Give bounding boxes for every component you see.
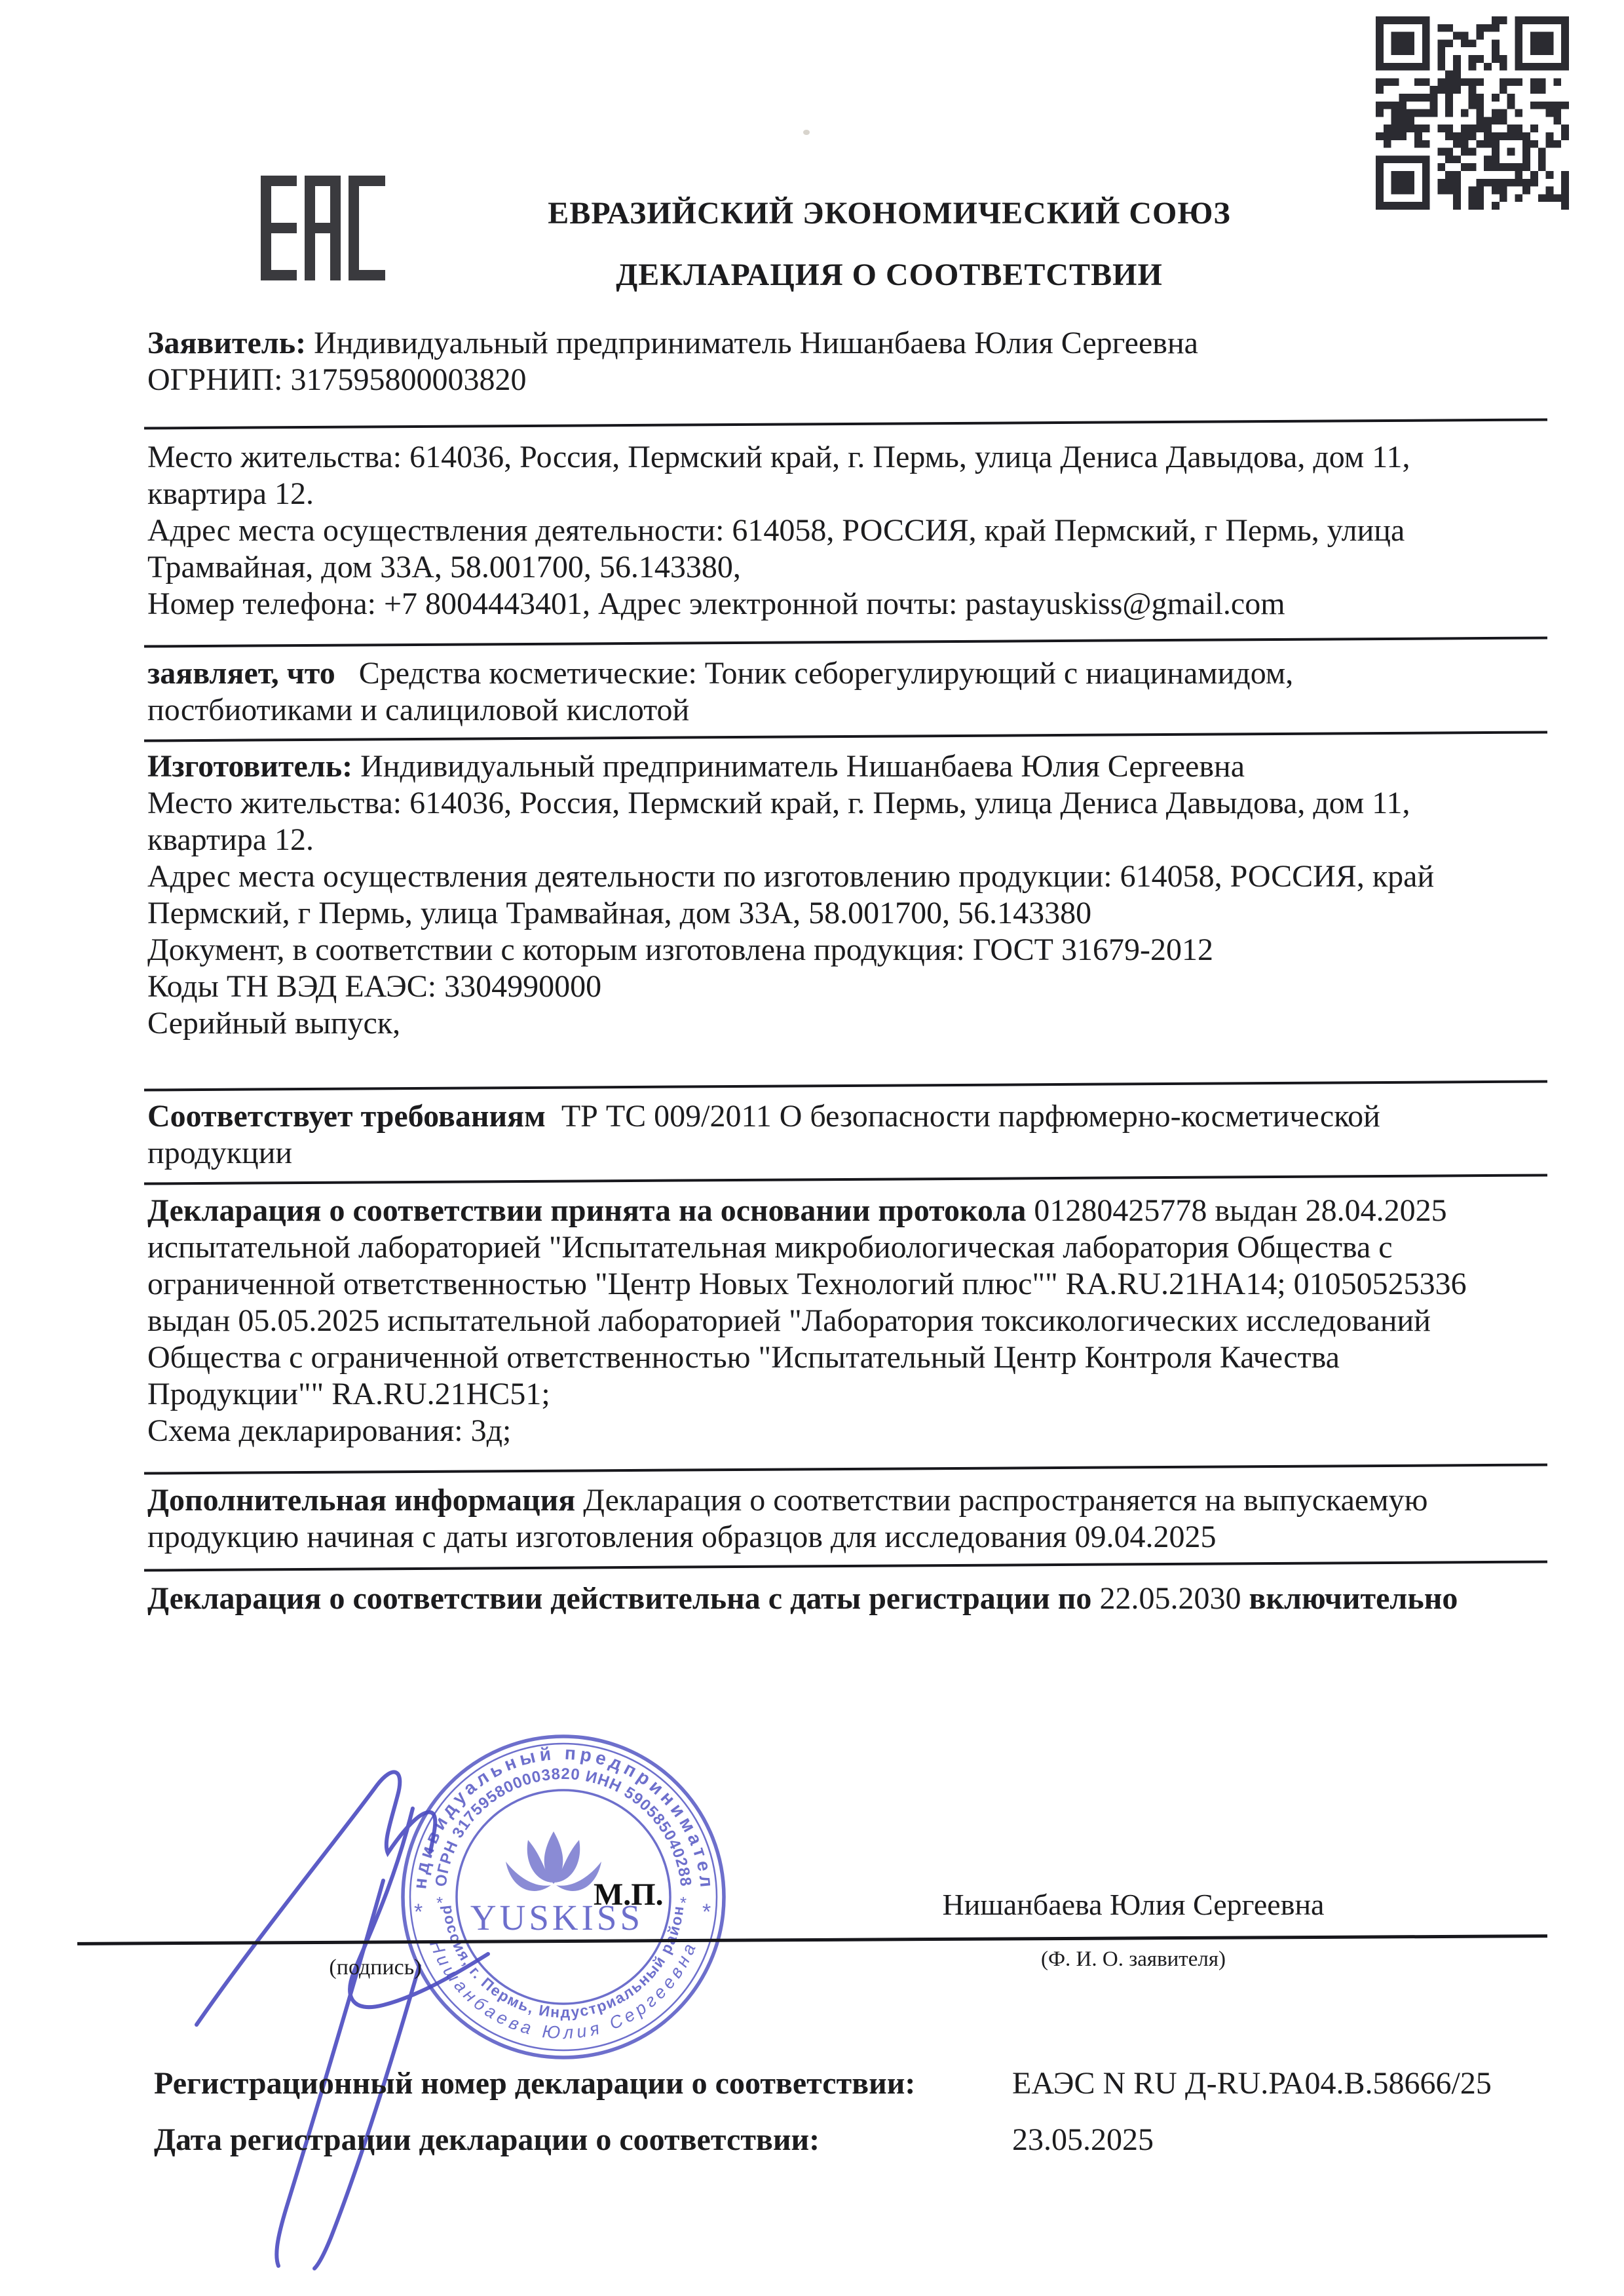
declaration-of-conformity-scan: { "theme": { "text_color": "#1c1c1e", "l…: [0, 0, 1624, 2296]
manufacturer-name: Индивидуальный предприниматель Нишанбаев…: [360, 749, 1245, 784]
applicant-line: Заявитель: Индивидуальный предпринимател…: [147, 325, 1549, 362]
applicant-section: Заявитель: Индивидуальный предпринимател…: [147, 325, 1549, 398]
document-header: ЕВРАЗИЙСКИЙ ЭКОНОМИЧЕСКИЙ СОЮЗ ДЕКЛАРАЦИ…: [229, 195, 1549, 294]
registration-date-row: Дата регистрации декларации о соответств…: [154, 2122, 1552, 2158]
handwritten-signature: [157, 1736, 655, 2280]
conformity-line: Соответствует требованиям ТР ТС 009/2011…: [147, 1098, 1445, 1172]
declaration-scheme: Схема декларирования: 3д;: [147, 1413, 1549, 1449]
registration-date-value: 23.05.2025: [1012, 2122, 1552, 2158]
residence-address: Место жительства: 614036, Россия, Пермск…: [147, 439, 1484, 512]
applicant-ogrnip: ОГРНИП: 317595800003820: [147, 362, 1549, 398]
divider: [144, 418, 1547, 429]
fio-caption: (Ф. И. О. заявителя): [1009, 1947, 1258, 1972]
manufacturer-production-address: Адрес места осуществления деятельности п…: [147, 858, 1484, 932]
validity-line: Декларация о соответствии действительна …: [147, 1580, 1549, 1617]
tnved-codes: Коды ТН ВЭД ЕАЭС: 3304990000: [147, 968, 1549, 1005]
manufacturer-section: Изготовитель: Индивидуальный предпринима…: [147, 748, 1549, 1042]
document-title: ДЕКЛАРАЦИЯ О СООТВЕТСТВИИ: [229, 257, 1549, 294]
activity-address: Адрес места осуществления деятельности: …: [147, 512, 1484, 586]
registration-date-label: Дата регистрации декларации о соответств…: [154, 2122, 1012, 2158]
scan-artifact: [803, 130, 810, 135]
applicant-fio-value: Нишанбаева Юлия Сергеевна: [911, 1887, 1356, 1922]
divider: [144, 636, 1547, 647]
declares-section: заявляет, что Средства косметические: То…: [147, 655, 1549, 729]
basis-line: Декларация о соответствии принята на осн…: [147, 1193, 1471, 1413]
phone-email: Номер телефона: +7 8004443401, Адрес эле…: [147, 586, 1549, 622]
qr-code-icon: [1376, 16, 1569, 210]
signature-caption: (подпись): [307, 1955, 444, 1980]
union-title: ЕВРАЗИЙСКИЙ ЭКОНОМИЧЕСКИЙ СОЮЗ: [229, 195, 1549, 232]
manufacturer-line: Изготовитель: Индивидуальный предпринима…: [147, 748, 1549, 785]
divider: [144, 1463, 1547, 1474]
registration-number-row: Регистрационный номер декларации о соотв…: [154, 2065, 1552, 2102]
mp-seal-mark: М.П.: [594, 1877, 664, 1913]
validity-section: Декларация о соответствии действительна …: [147, 1580, 1549, 1617]
validity-date: 22.05.2030: [1099, 1581, 1241, 1616]
additional-info-section: Дополнительная информация Декларация о с…: [147, 1482, 1549, 1556]
manufacturer-residence: Место жительства: 614036, Россия, Пермск…: [147, 785, 1484, 858]
conformity-section: Соответствует требованиям ТР ТС 009/2011…: [147, 1098, 1549, 1172]
registration-number-value: ЕАЭС N RU Д-RU.РА04.В.58666/25: [1012, 2065, 1552, 2102]
stamp-star-icon: *: [680, 1893, 687, 1913]
divider: [144, 731, 1547, 742]
serial-release: Серийный выпуск,: [147, 1005, 1549, 1042]
additional-line: Дополнительная информация Декларация о с…: [147, 1482, 1484, 1556]
divider: [144, 1080, 1547, 1091]
validity-label-before: Декларация о соответствии действительна …: [147, 1581, 1091, 1616]
applicant-name: Индивидуальный предприниматель Нишанбаев…: [314, 326, 1198, 360]
divider: [144, 1560, 1547, 1571]
basis-section: Декларация о соответствии принята на осн…: [147, 1193, 1549, 1449]
additional-label: Дополнительная информация: [147, 1483, 575, 1518]
declares-label: заявляет, что: [147, 656, 335, 691]
basis-label: Декларация о соответствии принята на осн…: [147, 1193, 1026, 1228]
manufacturer-label: Изготовитель:: [147, 749, 352, 784]
validity-label-after: включительно: [1249, 1581, 1458, 1616]
applicant-address-section: Место жительства: 614036, Россия, Пермск…: [147, 439, 1549, 622]
production-document: Документ, в соответствии с которым изгот…: [147, 932, 1549, 968]
declares-line: заявляет, что Средства косметические: То…: [147, 655, 1392, 729]
registration-number-label: Регистрационный номер декларации о соотв…: [154, 2065, 1012, 2102]
divider: [144, 1174, 1547, 1185]
stamp-star-icon: *: [702, 1900, 711, 1924]
conformity-label: Соответствует требованиям: [147, 1099, 546, 1134]
applicant-label: Заявитель:: [147, 326, 306, 360]
